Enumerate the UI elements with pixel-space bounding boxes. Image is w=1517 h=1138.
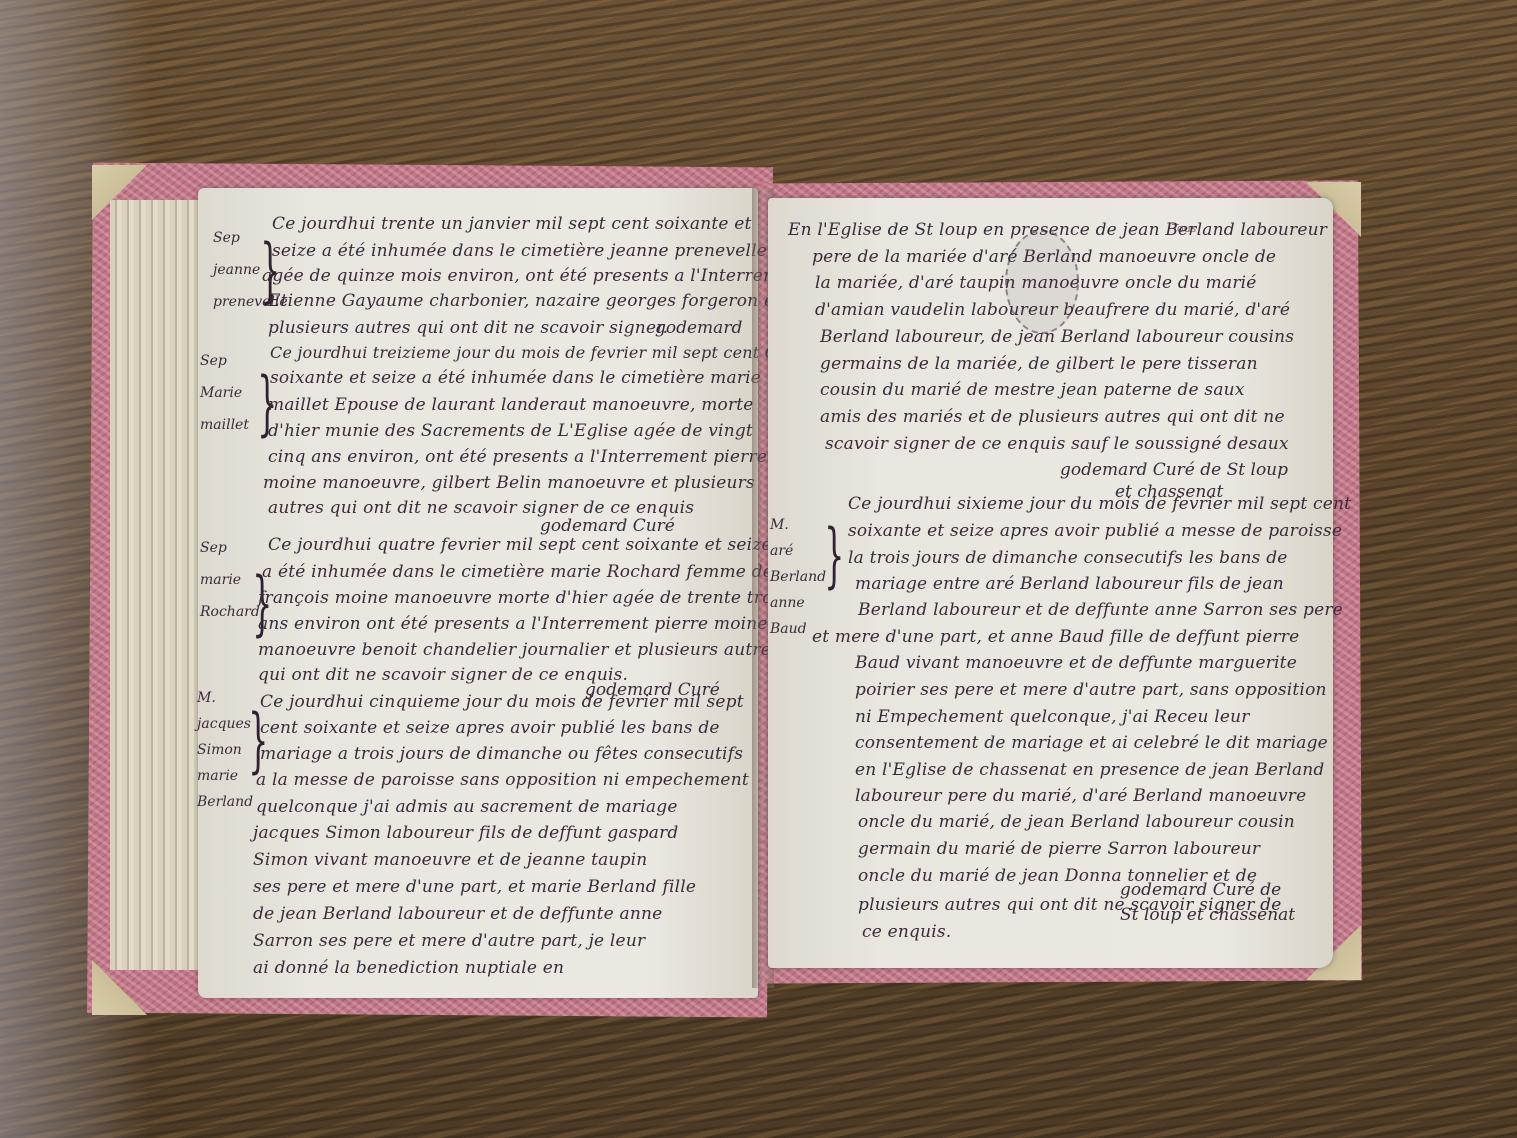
text-line: maillet Epouse de laurant landeraut mano…	[268, 395, 754, 415]
text-line: germain du marié de pierre Sarron labour…	[858, 839, 1260, 859]
text-line: en l'Eglise de chassenat en presence de …	[855, 760, 1325, 780]
text-line: Baud vivant manoeuvre et de deffunte mar…	[855, 653, 1297, 673]
text-line: ai donné la benediction nuptiale en	[253, 958, 564, 978]
text-line: soixante et seize apres avoir publié a m…	[848, 521, 1342, 541]
text-line: scavoir signer de ce enquis sauf le sous…	[825, 434, 1289, 454]
text-line: Ce jourdhui treizieme jour du mois de fe…	[270, 343, 805, 362]
text-line: Ce jourdhui sixieme jour du mois de fevr…	[848, 494, 1351, 514]
margin-note: Sep marie Rochard	[200, 532, 260, 628]
text-line: germains de la mariée, de gilbert le per…	[820, 354, 1258, 374]
signature: godemard Curé	[540, 516, 675, 536]
text-line: cinq ans environ, ont été presents a l'I…	[268, 447, 767, 467]
text-line: a été inhumée dans le cimetière marie Ro…	[262, 562, 773, 582]
text-line: de jean Berland laboureur et de deffunte…	[253, 904, 662, 924]
text-line: seize a été inhumée dans le cimetière je…	[272, 241, 767, 261]
signature: godemard Curé de	[1120, 880, 1281, 900]
text-line: En l'Eglise de St loup en presence de je…	[788, 220, 1327, 240]
text-line: françois moine manoeuvre morte d'hier ag…	[258, 588, 787, 608]
text-line: et mere d'une part, et anne Baud fille d…	[812, 627, 1299, 647]
text-line: la trois jours de dimanche consecutifs l…	[848, 548, 1288, 568]
text-line: mariage a trois jours de dimanche ou fêt…	[260, 744, 743, 764]
text-line: Simon vivant manoeuvre et de jeanne taup…	[253, 850, 647, 870]
text-line: Ce jourdhui cinquieme jour du mois de fe…	[260, 692, 744, 712]
text-line: poirier ses pere et mere d'autre part, s…	[855, 680, 1327, 700]
text-line: d'amian vaudelin laboureur beaufrere du …	[815, 300, 1290, 320]
text-line: ans environ ont été presents a l'Interre…	[258, 614, 768, 634]
signature: godemard	[655, 318, 742, 338]
signature: St loup et chassenat	[1120, 905, 1295, 925]
text-line: Berland laboureur, de jean Berland labou…	[820, 327, 1294, 347]
margin-note: M. jacques Simon marie Berland	[197, 685, 253, 815]
text-line: qui ont dit ne scavoir signer de ce enqu…	[258, 665, 628, 685]
text-line: a la messe de paroisse sans opposition n…	[256, 770, 749, 790]
page-stack-edge	[110, 200, 202, 970]
text-line: pere de la mariée d'aré Berland manoeuvr…	[812, 247, 1276, 267]
text-line: Etienne Gayaume charbonier, nazaire geor…	[268, 291, 781, 311]
text-line: Berland laboureur et de deffunte anne Sa…	[858, 600, 1343, 620]
text-line: plusieurs autres qui ont dit ne scavoir …	[268, 318, 668, 338]
text-line: consentement de mariage et ai celebré le…	[855, 733, 1328, 753]
text-line: Sarron ses pere et mere d'autre part, je…	[253, 931, 645, 951]
text-line: amis des mariés et de plusieurs autres q…	[820, 407, 1285, 427]
text-line: laboureur pere du marié, d'aré Berland m…	[855, 786, 1306, 806]
text-line: jacques Simon laboureur fils de deffunt …	[253, 823, 679, 843]
text-line: Ce jourdhui quatre fevrier mil sept cent…	[268, 535, 772, 555]
margin-brace: }	[824, 520, 844, 590]
text-line: agée de quinze mois environ, ont été pre…	[262, 266, 808, 286]
text-line: d'hier munie des Sacrements de L'Eglise …	[268, 421, 753, 441]
text-line: ni Empechement quelconque, j'ai Receu le…	[855, 707, 1250, 727]
text-line: oncle du marié, de jean Berland laboureu…	[858, 812, 1295, 832]
text-line: ses pere et mere d'une part, et marie Be…	[253, 877, 696, 897]
margin-note: M. aré Berland anne Baud	[770, 512, 826, 642]
margin-note: Sep Marie maillet	[200, 345, 249, 441]
text-line: autres qui ont dit ne scavoir signer de …	[268, 498, 694, 518]
text-line: Ce jourdhui trente un janvier mil sept c…	[272, 214, 752, 234]
text-line: quelconque j'ai admis au sacrement de ma…	[256, 797, 678, 817]
signature: godemard Curé de St loup	[1060, 460, 1288, 480]
text-line: la mariée, d'aré taupin manoeuvre oncle …	[815, 273, 1257, 293]
text-line: moine manoeuvre, gilbert Belin manoeuvre…	[263, 473, 755, 493]
text-line: mariage entre aré Berland laboureur fils…	[855, 574, 1284, 594]
margin-brace: }	[248, 705, 268, 775]
text-line: ce enquis.	[862, 922, 951, 942]
text-line: manoeuvre benoit chandelier journalier e…	[258, 640, 780, 660]
open-parish-register: Sep jeanne prenevelle } Ce jourdhui tren…	[0, 0, 1517, 1138]
text-line: cent soixante et seize apres avoir publi…	[260, 718, 720, 738]
text-line: cousin du marié de mestre jean paterne d…	[820, 380, 1245, 400]
text-line: soixante et seize a été inhumée dans le …	[270, 368, 761, 388]
